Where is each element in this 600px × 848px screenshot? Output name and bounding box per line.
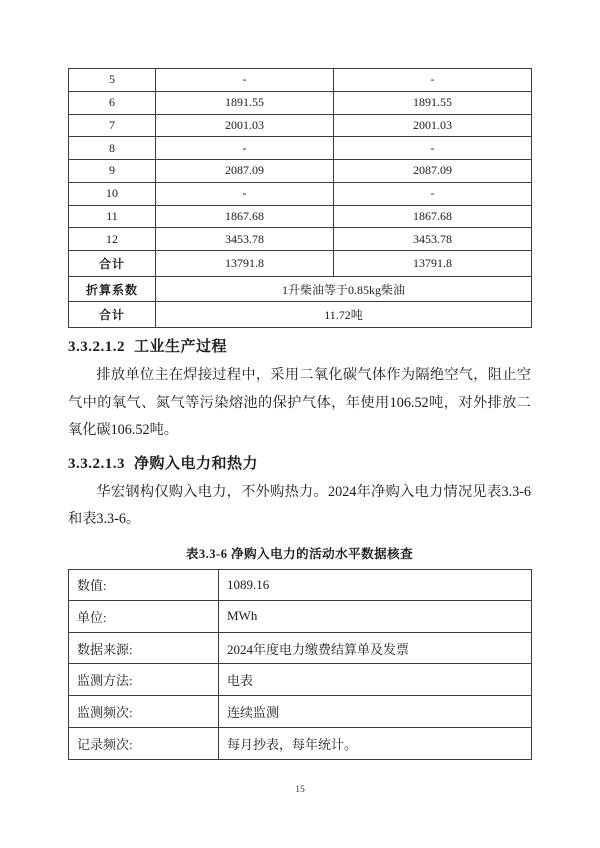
- value-cell: 每月抄表，每年统计。: [219, 727, 532, 759]
- label-cell: 单位:: [69, 601, 219, 633]
- month-cell: 12: [69, 228, 156, 251]
- month-cell: 8: [69, 137, 156, 160]
- value-cell: 1089.16: [219, 569, 532, 601]
- value-cell: 1867.68: [334, 205, 532, 228]
- section-title: 工业生产过程: [134, 339, 227, 355]
- month-cell: 11: [69, 205, 156, 228]
- section-title: 净购入电力和热力: [134, 456, 258, 472]
- table-row-total: 合计 11.72吨: [69, 302, 532, 328]
- diesel-consumption-table: 5 - - 6 1891.55 1891.55 7 2001.03 2001.0…: [68, 68, 532, 328]
- label-cell: 数据来源:: [69, 632, 219, 664]
- table-row: 数据来源: 2024年度电力缴费结算单及发票: [69, 632, 532, 664]
- table-caption: 表3.3-6 净购入电力的活动水平数据核查: [68, 544, 531, 562]
- table-row: 9 2087.09 2087.09: [69, 160, 532, 183]
- table-row: 记录频次: 每月抄表，每年统计。: [69, 727, 532, 759]
- label-cell: 监测方法:: [69, 664, 219, 696]
- table-row: 6 1891.55 1891.55: [69, 91, 532, 114]
- table-row: 11 1867.68 1867.68: [69, 205, 532, 228]
- value-cell: 3453.78: [334, 228, 532, 251]
- month-cell: 5: [69, 69, 156, 92]
- month-cell: 7: [69, 114, 156, 137]
- label-cell: 监测频次:: [69, 696, 219, 728]
- total-label-cell: 合计: [69, 251, 156, 277]
- value-cell: -: [156, 182, 334, 205]
- table-row: 12 3453.78 3453.78: [69, 228, 532, 251]
- value-cell: 1867.68: [156, 205, 334, 228]
- table-row: 数值: 1089.16: [69, 569, 532, 601]
- total-value-cell: 11.72吨: [156, 302, 532, 328]
- paragraph-industrial-process: 排放单位主在焊接过程中，采用二氧化碳气体作为隔绝空气，阻止空气中的氧气、氮气等污…: [68, 362, 531, 445]
- table-row: 7 2001.03 2001.03: [69, 114, 532, 137]
- month-cell: 6: [69, 91, 156, 114]
- table-row-subtotal: 合计 13791.8 13791.8: [69, 251, 532, 277]
- value-cell: -: [334, 182, 532, 205]
- table-row-conversion-factor: 折算系数 1升柴油等于0.85kg柴油: [69, 276, 532, 302]
- section-number: 3.3.2.1.3: [68, 456, 125, 472]
- label-cell: 记录频次:: [69, 727, 219, 759]
- value-cell: 2024年度电力缴费结算单及发票: [219, 632, 532, 664]
- electricity-activity-table: 数值: 1089.16 单位: MWh 数据来源: 2024年度电力缴费结算单及…: [68, 569, 532, 760]
- value-cell: 13791.8: [156, 251, 334, 277]
- page-number: 15: [0, 785, 600, 795]
- value-cell: 2001.03: [334, 114, 532, 137]
- value-cell: 13791.8: [334, 251, 532, 277]
- table-row: 监测方法: 电表: [69, 664, 532, 696]
- conversion-value-cell: 1升柴油等于0.85kg柴油: [156, 276, 532, 302]
- value-cell: -: [156, 69, 334, 92]
- section-heading-industrial-process: 3.3.2.1.2工业生产过程: [68, 337, 531, 357]
- value-cell: -: [334, 69, 532, 92]
- table-row: 5 - -: [69, 69, 532, 92]
- value-cell: 3453.78: [156, 228, 334, 251]
- value-cell: 2087.09: [334, 160, 532, 183]
- value-cell: MWh: [219, 601, 532, 633]
- value-cell: -: [156, 137, 334, 160]
- value-cell: 连续监测: [219, 696, 532, 728]
- value-cell: 2001.03: [156, 114, 334, 137]
- section-number: 3.3.2.1.2: [68, 339, 125, 355]
- table-row: 10 - -: [69, 182, 532, 205]
- table-row: 监测频次: 连续监测: [69, 696, 532, 728]
- value-cell: 1891.55: [156, 91, 334, 114]
- label-cell: 数值:: [69, 569, 219, 601]
- section-heading-electricity: 3.3.2.1.3净购入电力和热力: [68, 454, 531, 474]
- value-cell: 1891.55: [334, 91, 532, 114]
- value-cell: 电表: [219, 664, 532, 696]
- paragraph-electricity: 华宏钢构仅购入电力，不外购热力。2024年净购入电力情况见表3.3-6和表3.3…: [68, 479, 531, 534]
- value-cell: 2087.09: [156, 160, 334, 183]
- conversion-label-cell: 折算系数: [69, 276, 156, 302]
- table-row: 8 - -: [69, 137, 532, 160]
- total-label-cell: 合计: [69, 302, 156, 328]
- month-cell: 10: [69, 182, 156, 205]
- value-cell: -: [334, 137, 532, 160]
- document-page: 5 - - 6 1891.55 1891.55 7 2001.03 2001.0…: [0, 0, 600, 848]
- month-cell: 9: [69, 160, 156, 183]
- table-row: 单位: MWh: [69, 601, 532, 633]
